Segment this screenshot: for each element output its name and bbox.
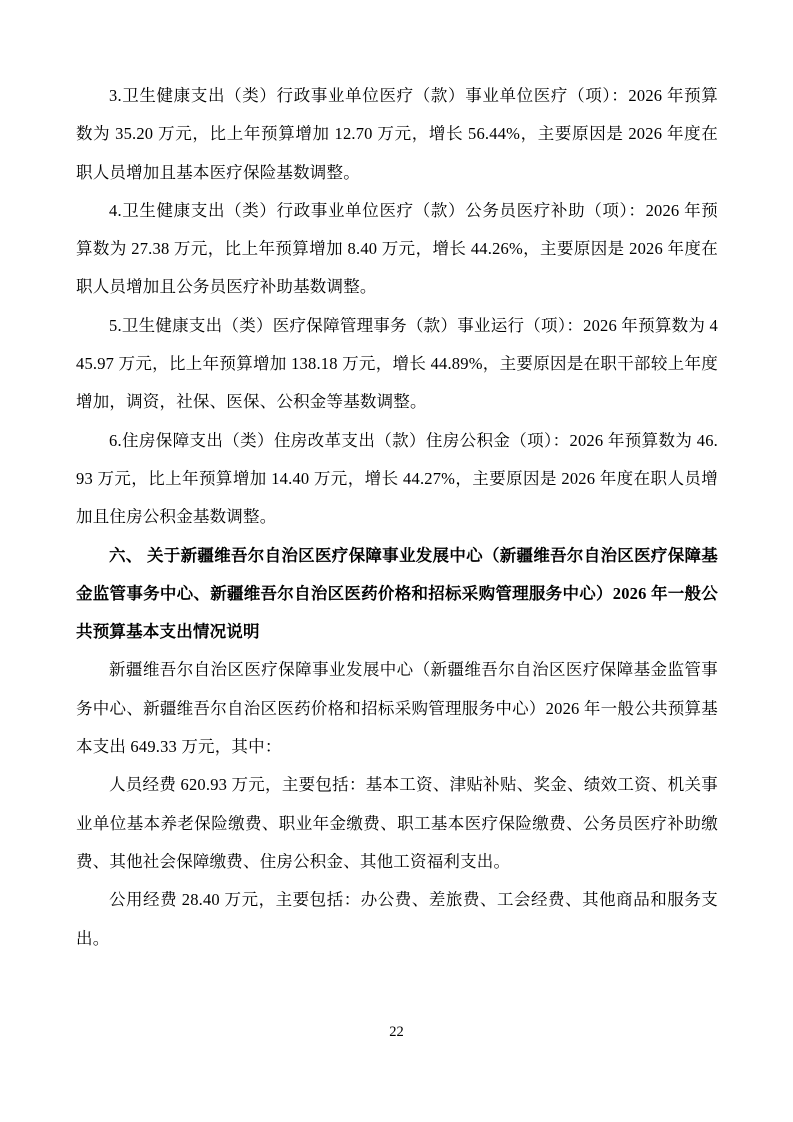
page-body-text: 3.卫生健康支出（类）行政事业单位医疗（款）事业单位医疗（项）：2026 年预算… [76,77,718,958]
section-6-heading: 六、 关于新疆维吾尔自治区医疗保障事业发展中心（新疆维吾尔自治区医疗保障基金监管… [76,537,718,652]
budget-item-3-paragraph: 3.卫生健康支出（类）行政事业单位医疗（款）事业单位医疗（项）：2026 年预算… [76,77,718,192]
document-page: 3.卫生健康支出（类）行政事业单位医疗（款）事业单位医疗（项）：2026 年预算… [0,0,793,1122]
budget-item-5-paragraph: 5.卫生健康支出（类）医疗保障管理事务（款）事业运行（项）：2026 年预算数为… [76,307,718,422]
personnel-expense-paragraph: 人员经费 620.93 万元，主要包括：基本工资、津贴补贴、奖金、绩效工资、机关… [76,766,718,881]
section-6-intro-paragraph: 新疆维吾尔自治区医疗保障事业发展中心（新疆维吾尔自治区医疗保障基金监管事务中心、… [76,651,718,766]
budget-item-4-paragraph: 4.卫生健康支出（类）行政事业单位医疗（款）公务员医疗补助（项）：2026 年预… [76,192,718,307]
public-expense-paragraph: 公用经费 28.40 万元，主要包括：办公费、差旅费、工会经费、其他商品和服务支… [76,881,718,958]
budget-item-6-paragraph: 6.住房保障支出（类）住房改革支出（款）住房公积金（项）：2026 年预算数为 … [76,422,718,537]
page-number: 22 [0,1022,793,1042]
